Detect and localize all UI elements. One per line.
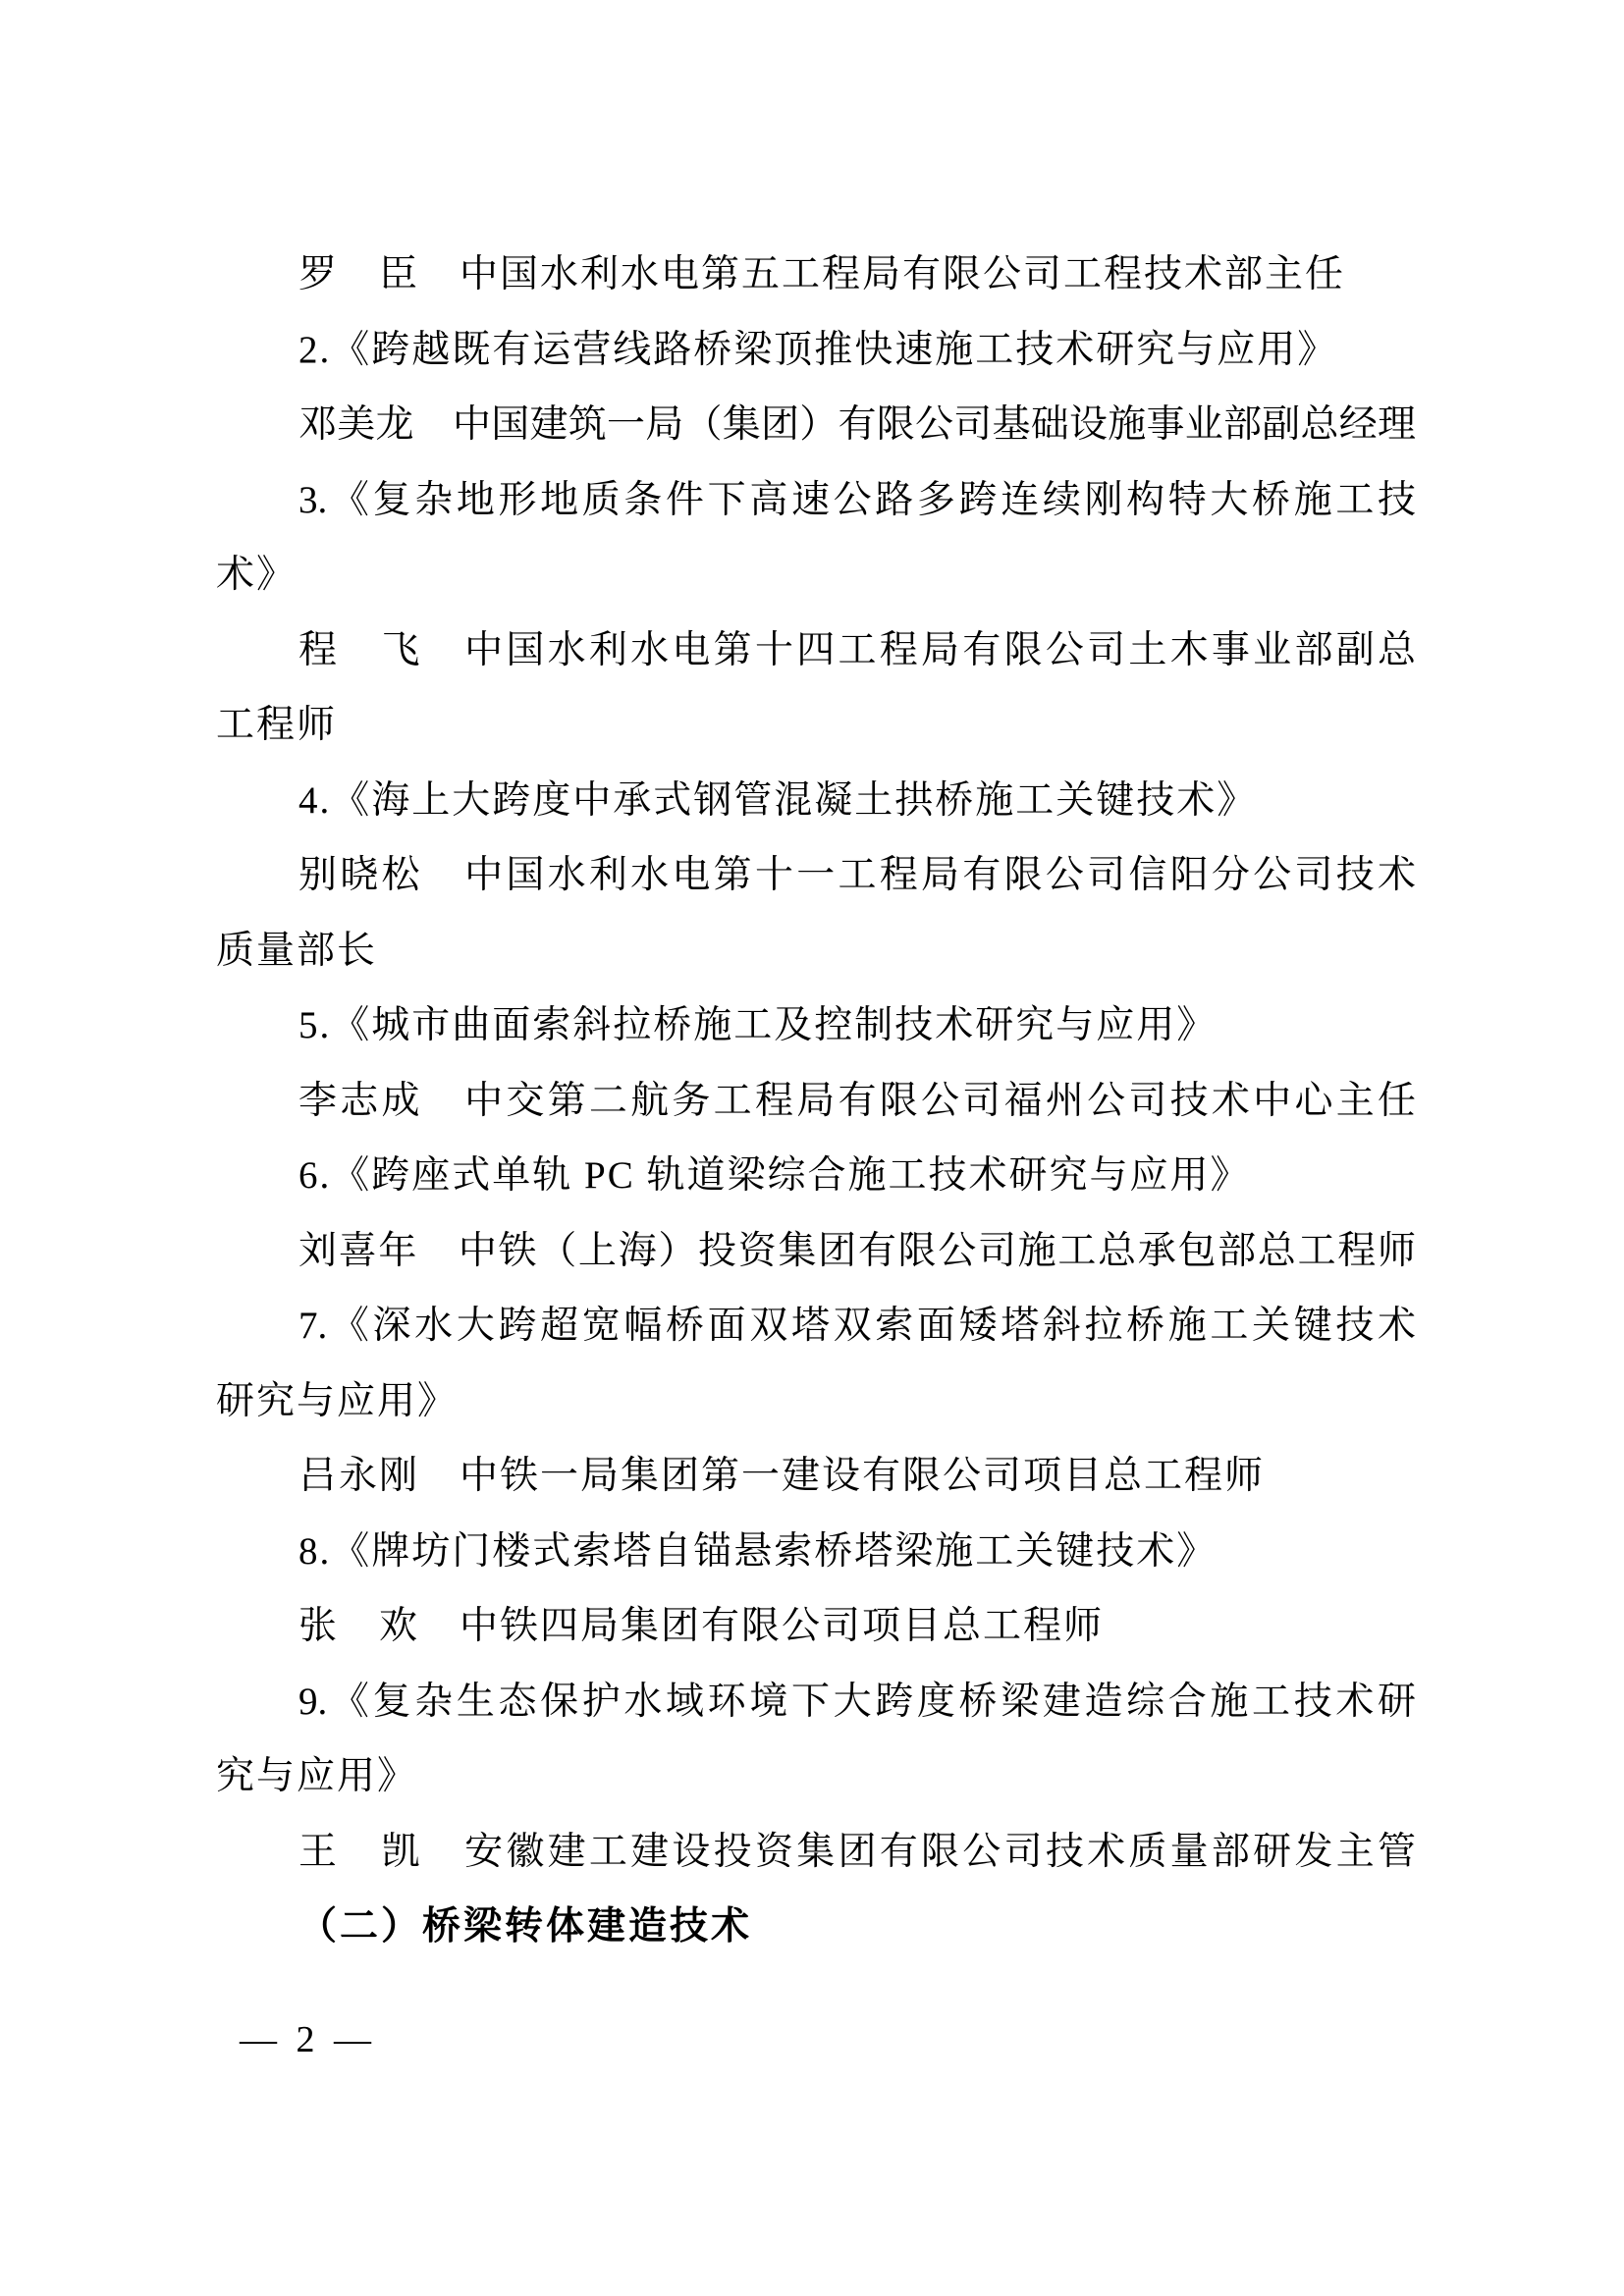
text-line: 研究与应用》 (216, 1364, 1416, 1440)
text-line: 质量部长 (216, 914, 1416, 989)
text-line: 9.《复杂生态保护水域环境下大跨度桥梁建造综合施工技术研 (216, 1665, 1416, 1740)
text-line: 工程师 (216, 688, 1416, 764)
text-line: 术》 (216, 538, 1416, 614)
text-line: 究与应用》 (216, 1739, 1416, 1815)
document-page: 罗 臣 中国水利水电第五工程局有限公司工程技术部主任 2.《跨越既有运营线路桥梁… (0, 0, 1624, 2296)
section-heading: （二）桥梁转体建造技术 (216, 1890, 1416, 1965)
text-line: 5.《城市曲面索斜拉桥施工及控制技术研究与应用》 (216, 988, 1416, 1064)
text-line: 李志成 中交第二航务工程局有限公司福州公司技术中心主任 (216, 1064, 1416, 1140)
text-line: 邓美龙 中国建筑一局（集团）有限公司基础设施事业部副总经理 (216, 388, 1416, 463)
text-line: 程 飞 中国水利水电第十四工程局有限公司土木事业部副总 (216, 614, 1416, 689)
text-line: 别晓松 中国水利水电第十一工程局有限公司信阳分公司技术 (216, 838, 1416, 914)
text-line: 张 欢 中铁四局集团有限公司项目总工程师 (216, 1589, 1416, 1665)
text-line: 8.《牌坊门楼式索塔自锚悬索桥塔梁施工关键技术》 (216, 1515, 1416, 1590)
text-line: 刘喜年 中铁（上海）投资集团有限公司施工总承包部总工程师 (216, 1214, 1416, 1290)
text-line: 4.《海上大跨度中承式钢管混凝土拱桥施工关键技术》 (216, 764, 1416, 839)
text-content: 罗 臣 中国水利水电第五工程局有限公司工程技术部主任 2.《跨越既有运营线路桥梁… (216, 238, 1416, 1965)
text-line: 吕永刚 中铁一局集团第一建设有限公司项目总工程师 (216, 1439, 1416, 1515)
text-line: 7.《深水大跨超宽幅桥面双塔双索面矮塔斜拉桥施工关键技术 (216, 1289, 1416, 1364)
text-line: 王 凯 安徽建工建设投资集团有限公司技术质量部研发主管 (216, 1815, 1416, 1891)
text-line: 2.《跨越既有运营线路桥梁顶推快速施工技术研究与应用》 (216, 313, 1416, 389)
page-number: — 2 — (240, 2002, 376, 2077)
text-line: 3.《复杂地形地质条件下高速公路多跨连续刚构特大桥施工技 (216, 463, 1416, 539)
text-line: 罗 臣 中国水利水电第五工程局有限公司工程技术部主任 (216, 238, 1416, 313)
text-line: 6.《跨座式单轨 PC 轨道梁综合施工技术研究与应用》 (216, 1139, 1416, 1214)
